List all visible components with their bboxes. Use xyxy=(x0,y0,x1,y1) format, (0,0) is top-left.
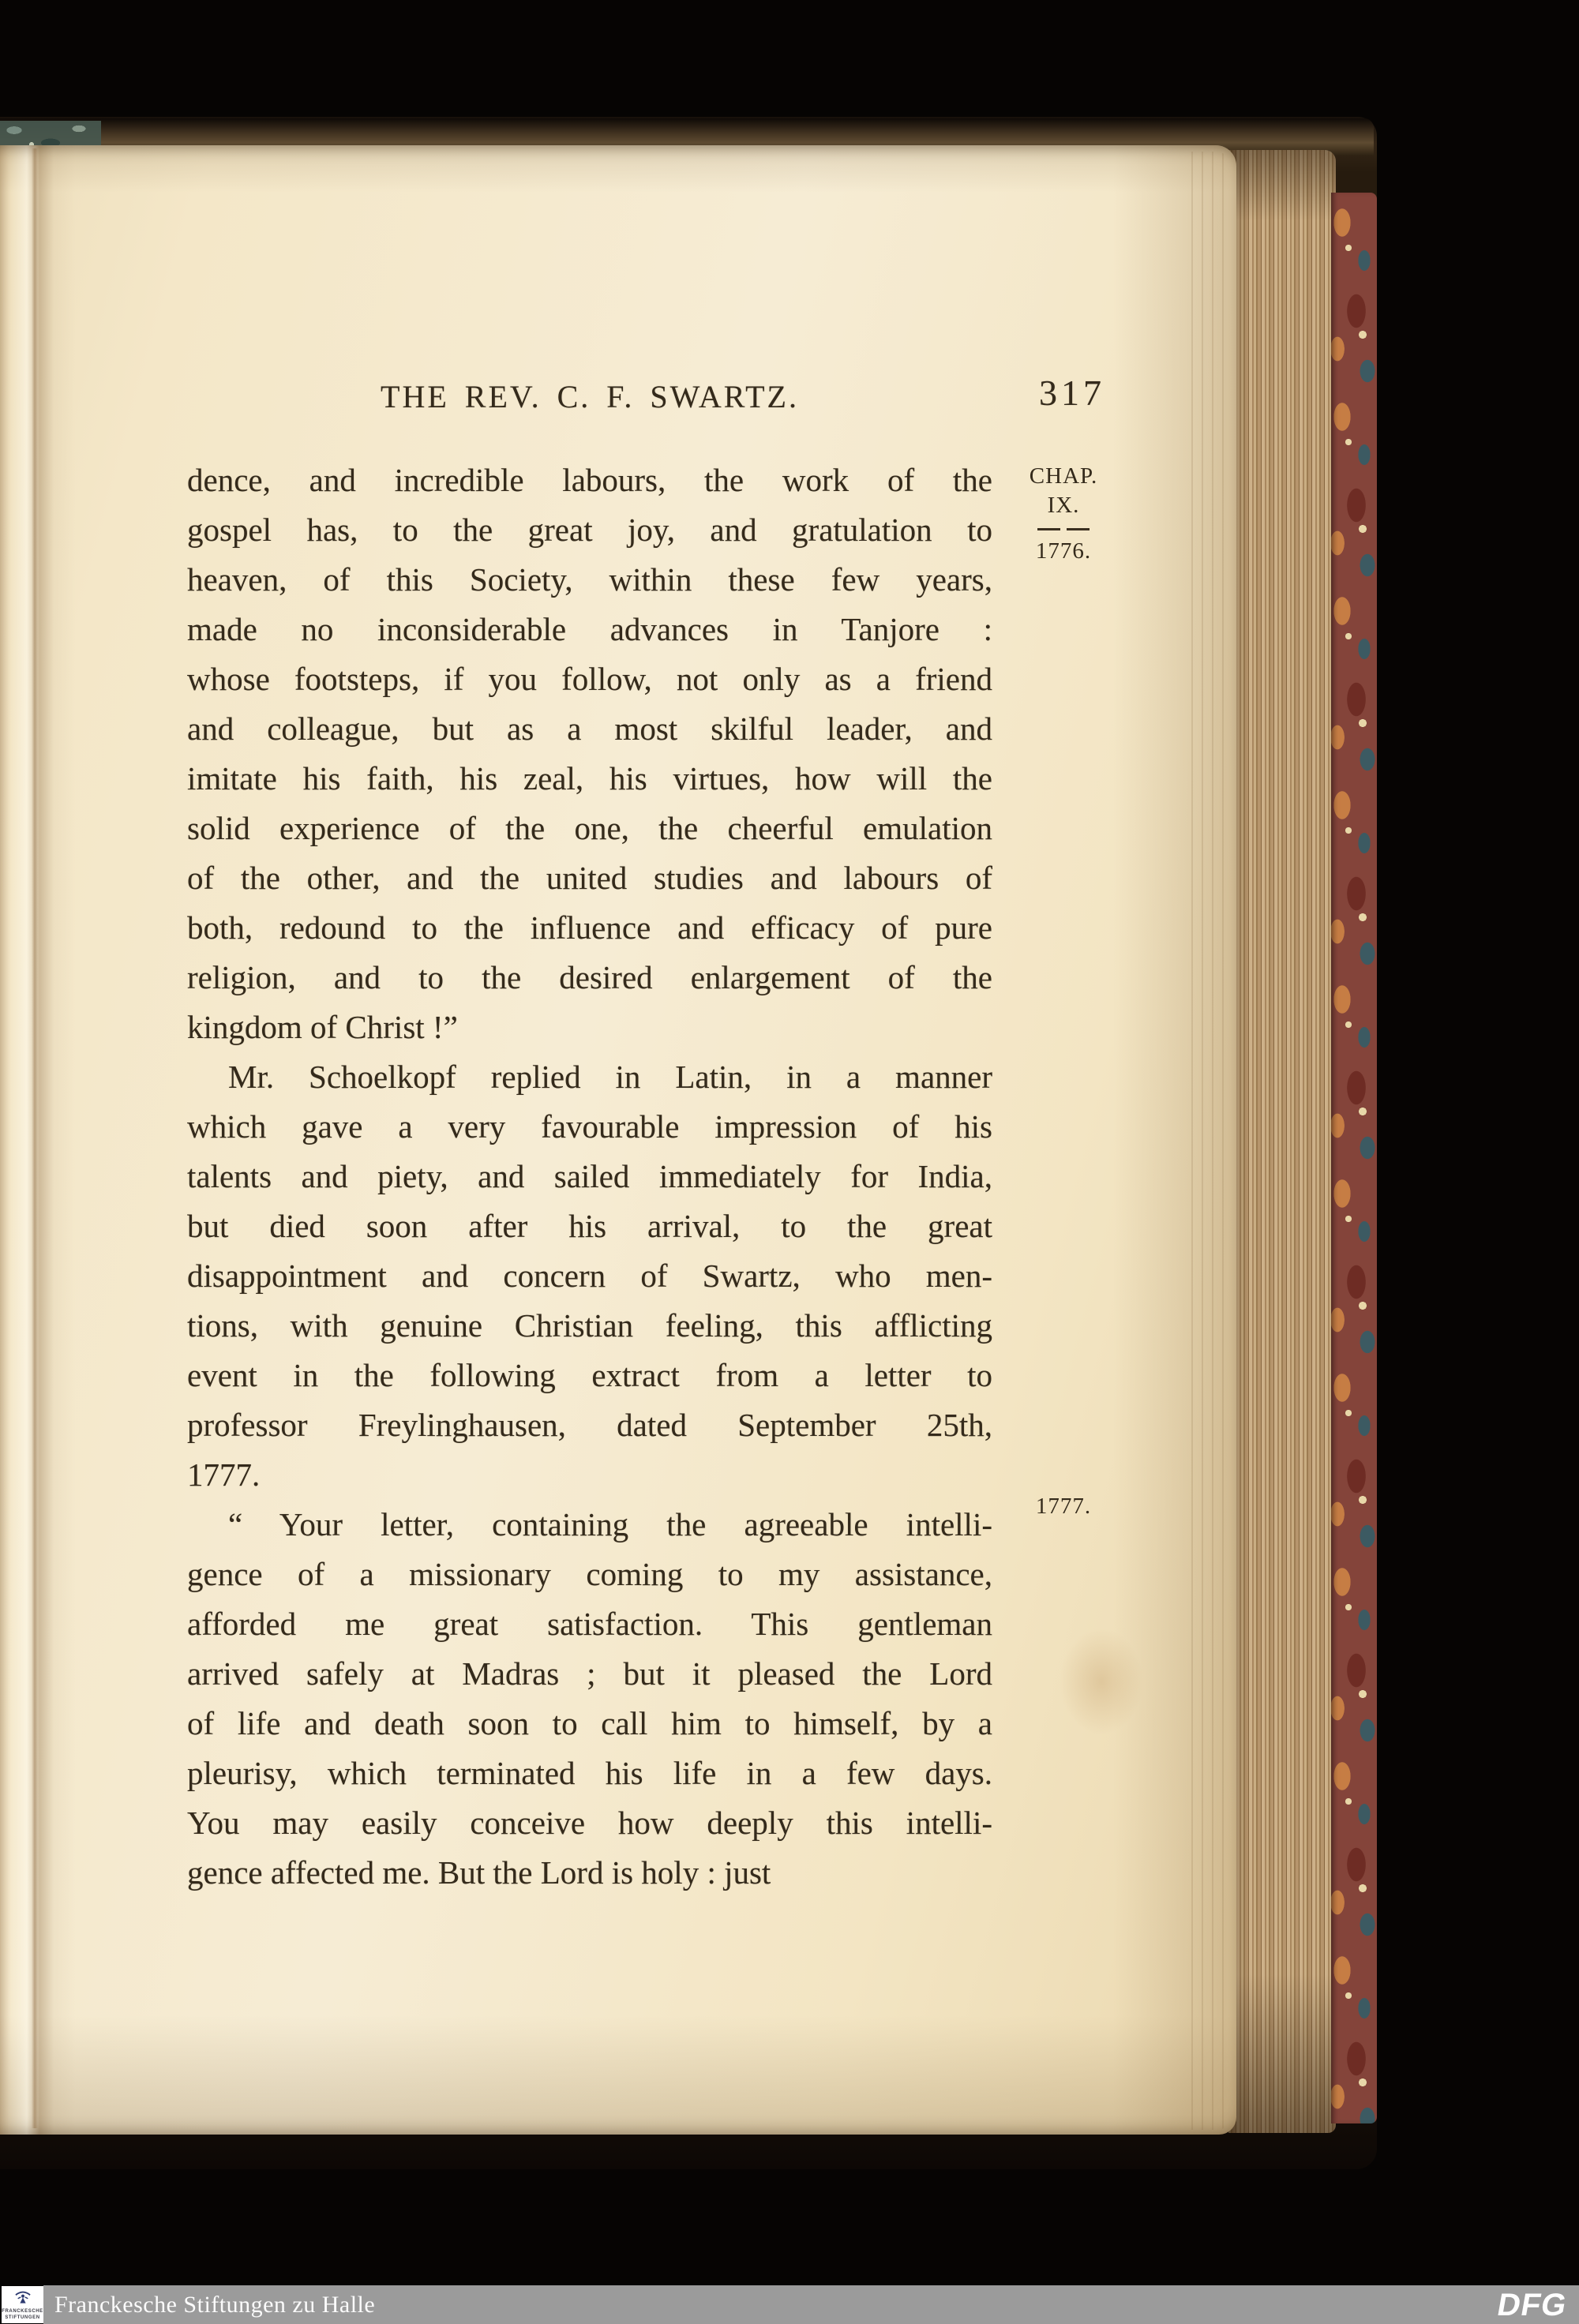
body-line: which gave a very favourable impression … xyxy=(187,1102,992,1152)
body-line: of life and death soon to call him to hi… xyxy=(187,1699,992,1749)
book-fore-edge-pages xyxy=(1228,150,1336,2133)
margin-note-year-1777: 1777. xyxy=(1004,1494,1123,1520)
running-header: THE REV. C. F. SWARTZ. xyxy=(187,378,992,415)
franckesche-logo-text-line2: STIFTUNGEN xyxy=(5,2315,39,2321)
body-line: event in the following extract from a le… xyxy=(187,1351,992,1400)
body-line: made no inconsiderable advances in Tanjo… xyxy=(187,605,992,654)
library-name: Franckesche Stiftungen zu Halle xyxy=(54,2285,375,2324)
body-line: 1777. xyxy=(187,1450,992,1500)
margin-note-chapter: CHAP. IX. 1776. xyxy=(1004,462,1123,566)
body-line: of the other, and the united studies and… xyxy=(187,853,992,903)
body-line: whose footsteps, if you follow, not only… xyxy=(187,654,992,704)
page-number: 317 xyxy=(1039,372,1105,414)
scanned-book-photograph: { "page": { "running_header": "THE REV. … xyxy=(0,0,1579,2324)
body-line: solid experience of the one, the cheerfu… xyxy=(187,804,992,853)
body-line: afforded me great satisfaction. This gen… xyxy=(187,1599,992,1649)
franckesche-logo: FRANCKESCHE STIFTUNGEN xyxy=(2,2286,43,2323)
body-line: arrived safely at Madras ; but it please… xyxy=(187,1649,992,1699)
margin-note-chapter-word: CHAP. xyxy=(1004,462,1123,491)
page-edge-creases xyxy=(1183,152,1232,2130)
body-line: and colleague, but as a most skilful lea… xyxy=(187,704,992,754)
marbled-cover-edge xyxy=(1331,193,1377,2123)
page-stain xyxy=(1058,1626,1145,1737)
body-line: “ Your letter, containing the agreeable … xyxy=(187,1500,992,1550)
body-line: gence of a missionary coming to my assis… xyxy=(187,1550,992,1599)
body-line: pleurisy, which terminated his life in a… xyxy=(187,1749,992,1798)
footer-bar: Franckesche Stiftungen zu Halle DFG xyxy=(43,2285,1579,2324)
body-line: Mr. Schoelkopf replied in Latin, in a ma… xyxy=(187,1052,992,1102)
franckesche-logo-text-line1: FRANCKESCHE xyxy=(2,2309,43,2315)
body-line: You may easily conceive how deeply this … xyxy=(187,1798,992,1848)
body-line: talents and piety, and sailed immediatel… xyxy=(187,1152,992,1201)
margin-note-year-1776: 1776. xyxy=(1004,537,1123,566)
body-line: professor Freylinghausen, dated Septembe… xyxy=(187,1400,992,1450)
body-line: tions, with genuine Christian feeling, t… xyxy=(187,1301,992,1351)
body-line: gence affected me. But the Lord is holy … xyxy=(187,1848,992,1898)
margin-note-divider xyxy=(1037,528,1090,530)
body-line: disappointment and concern of Swartz, wh… xyxy=(187,1251,992,1301)
page-gutter-crease xyxy=(32,148,38,2128)
body-line: religion, and to the desired enlargement… xyxy=(187,953,992,1003)
body-line: gospel has, to the great joy, and gratul… xyxy=(187,505,992,555)
body-line: but died soon after his arrival, to the … xyxy=(187,1201,992,1251)
margin-note-chapter-number: IX. xyxy=(1004,491,1123,520)
body-line: imitate his faith, his zeal, his virtues… xyxy=(187,754,992,804)
body-line: kingdom of Christ !” xyxy=(187,1003,992,1052)
body-line: dence, and incredible labours, the work … xyxy=(187,455,992,505)
dfg-logo: DFG xyxy=(1495,2288,1570,2323)
franckesche-emblem-icon xyxy=(14,2289,32,2308)
body-line: both, redound to the influence and effic… xyxy=(187,903,992,953)
body-line: heaven, of this Society, within these fe… xyxy=(187,555,992,605)
body-text: dence, and incredible labours, the work … xyxy=(187,455,992,1898)
